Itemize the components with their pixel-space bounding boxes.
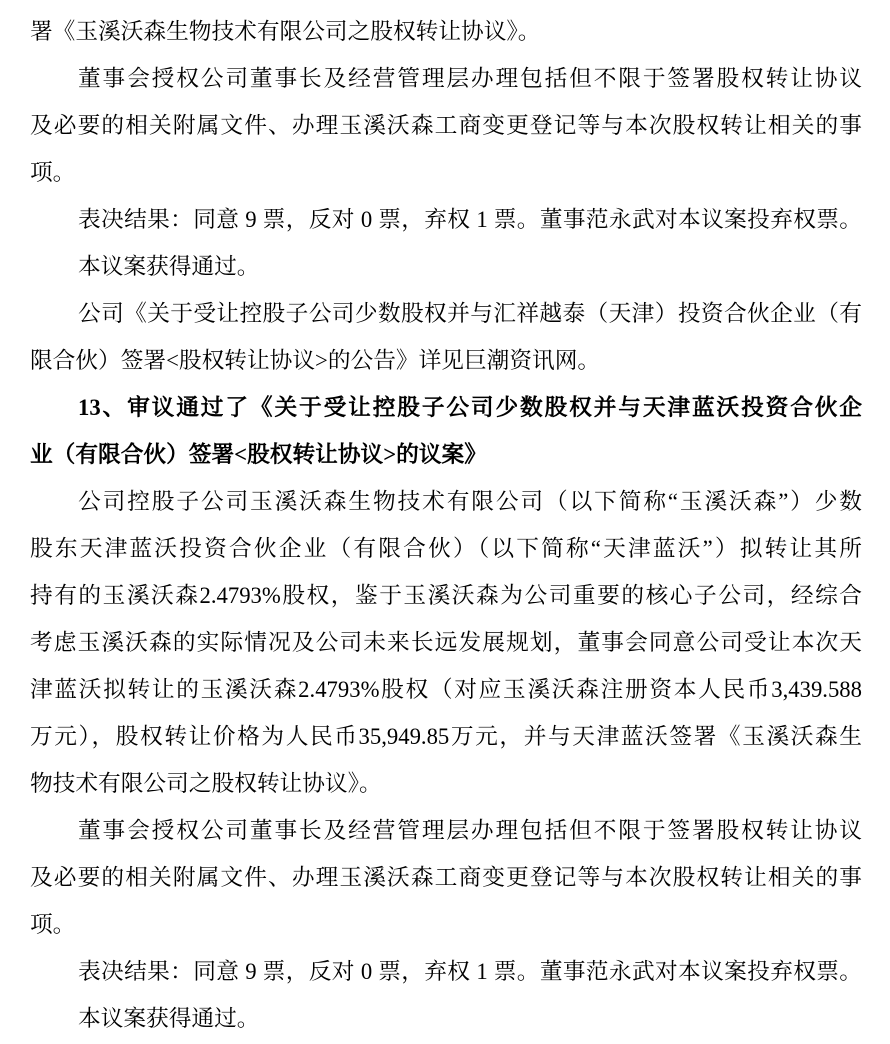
text-line: 津蓝沃拟转让的玉溪沃森2.4793%股权（对应玉溪沃森注册资本人民币3,439.… — [30, 666, 862, 713]
text-line: 物技术有限公司之股权转让协议》。 — [30, 760, 862, 807]
text-line-announcement-ref: 限合伙）签署<股权转让协议>的公告》详见巨潮资讯网。 — [30, 337, 862, 384]
text-line: 考虑玉溪沃森的实际情况及公司未来长远发展规划，董事会同意公司受让本次天 — [30, 619, 862, 666]
heading-item-13: 13、审议通过了《关于受让控股子公司少数股权并与天津蓝沃投资合伙企 — [30, 384, 862, 431]
text-line-continuation: 署《玉溪沃森生物技术有限公司之股权转让协议》。 — [30, 8, 862, 55]
text-line-paragraph-start: 董事会授权公司董事长及经营管理层办理包括但不限于签署股权转让协议 — [30, 807, 862, 854]
text-line-resolution-passed: 本议案获得通过。 — [30, 243, 862, 290]
text-line: 项。 — [30, 149, 862, 196]
text-line: 及必要的相关附属文件、办理玉溪沃森工商变更登记等与本次股权转让相关的事 — [30, 854, 862, 901]
text-line: 持有的玉溪沃森2.4793%股权，鉴于玉溪沃森为公司重要的核心子公司，经综合 — [30, 572, 862, 619]
document-page: 署《玉溪沃森生物技术有限公司之股权转让协议》。 董事会授权公司董事长及经营管理层… — [0, 0, 890, 1044]
text-line-vote-result: 表决结果：同意 9 票，反对 0 票，弃权 1 票。董事范永武对本议案投弃权票。 — [30, 196, 862, 243]
text-line-resolution-passed: 本议案获得通过。 — [30, 995, 862, 1042]
text-line: 万元），股权转让价格为人民币35,949.85万元，并与天津蓝沃签署《玉溪沃森生 — [30, 713, 862, 760]
text-line-vote-result: 表决结果：同意 9 票，反对 0 票，弃权 1 票。董事范永武对本议案投弃权票。 — [30, 948, 862, 995]
text-line-paragraph-start: 公司控股子公司玉溪沃森生物技术有限公司（以下简称“玉溪沃森”）少数 — [30, 478, 862, 525]
text-line: 股东天津蓝沃投资合伙企业（有限合伙）（以下简称“天津蓝沃”）拟转让其所 — [30, 525, 862, 572]
text-line: 及必要的相关附属文件、办理玉溪沃森工商变更登记等与本次股权转让相关的事 — [30, 102, 862, 149]
text-line: 项。 — [30, 901, 862, 948]
text-line-paragraph-start: 董事会授权公司董事长及经营管理层办理包括但不限于签署股权转让协议 — [30, 55, 862, 102]
heading-item-13-cont: 业（有限合伙）签署<股权转让协议>的议案》 — [30, 431, 862, 478]
text-line-announcement-ref: 公司《关于受让控股子公司少数股权并与汇祥越泰（天津）投资合伙企业（有 — [30, 290, 862, 337]
